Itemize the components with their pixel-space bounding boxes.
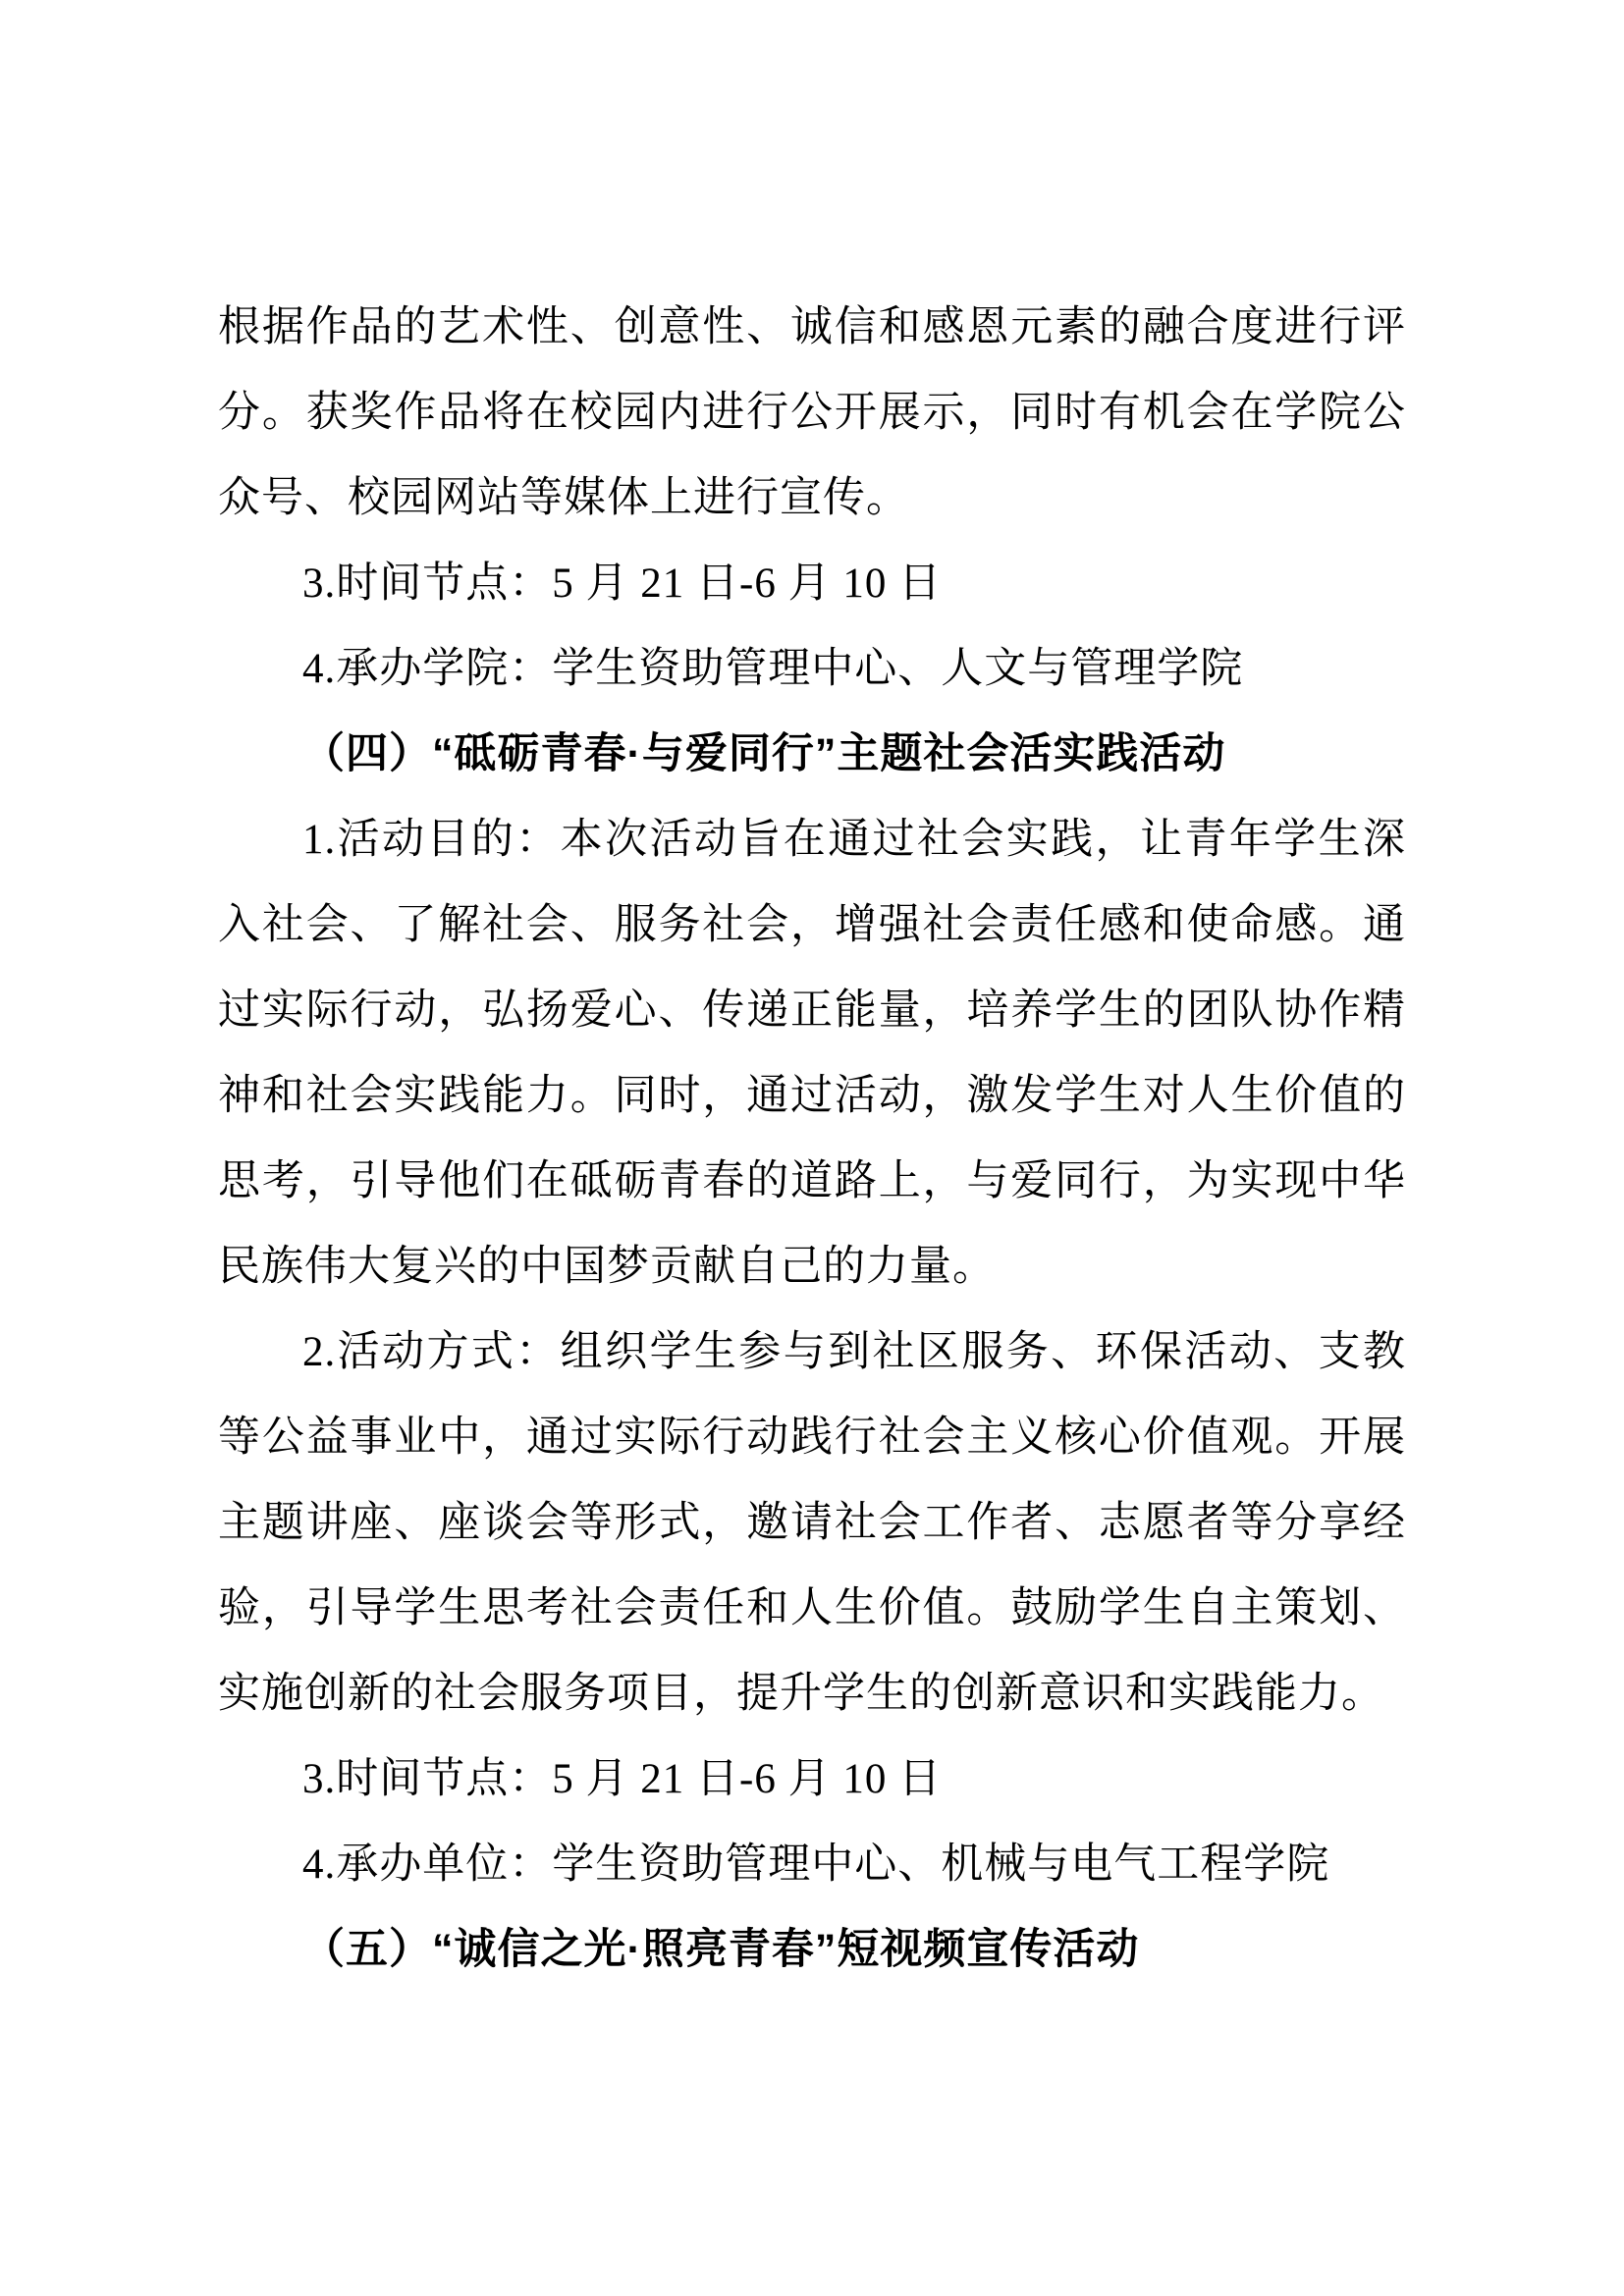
- section-heading-5: （五）“诚信之光·照亮青春”短视频宣传活动: [218, 1907, 1406, 1993]
- document-body: 根据作品的艺术性、创意性、诚信和感恩元素的融合度进行评分。获奖作品将在校园内进行…: [218, 285, 1406, 1993]
- paragraph-activity-purpose: 1.活动目的：本次活动旨在通过社会实践，让青年学生深入社会、了解社会、服务社会，…: [218, 797, 1406, 1309]
- item-organizer-college-2: 4.承办单位：学生资助管理中心、机械与电气工程学院: [218, 1822, 1406, 1907]
- paragraph-activity-method: 2.活动方式：组织学生参与到社区服务、环保活动、支教等公益事业中，通过实际行动践…: [218, 1309, 1406, 1736]
- section-heading-4: （四）“砥砺青春·与爱同行”主题社会活实践活动: [218, 712, 1406, 797]
- item-organizer-college-1: 4.承办学院：学生资助管理中心、人文与管理学院: [218, 626, 1406, 712]
- document-page: 根据作品的艺术性、创意性、诚信和感恩元素的融合度进行评分。获奖作品将在校园内进行…: [0, 0, 1624, 2296]
- item-time-node-1: 3.时间节点：5 月 21 日-6 月 10 日: [218, 541, 1406, 626]
- item-time-node-2: 3.时间节点：5 月 21 日-6 月 10 日: [218, 1736, 1406, 1822]
- paragraph-continuation: 根据作品的艺术性、创意性、诚信和感恩元素的融合度进行评分。获奖作品将在校园内进行…: [218, 285, 1406, 541]
